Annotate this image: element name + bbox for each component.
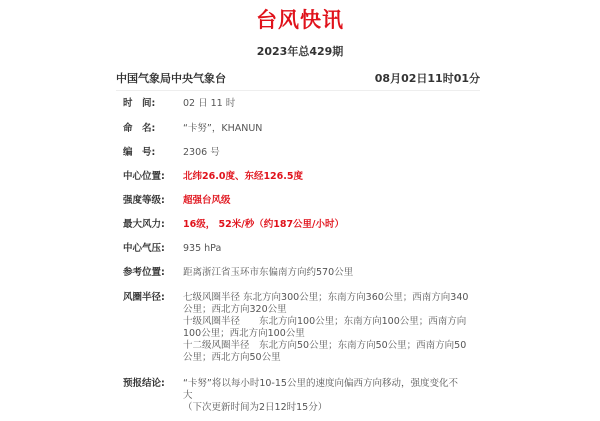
field-value: 2306 号 — [183, 147, 473, 159]
field-label: 编 号: — [123, 147, 183, 159]
bulletin-title: 台风快讯 — [0, 4, 600, 34]
wind-radius-line: 七级风圈半径 东北方向300公里；东南方向360公里；西南方向340 — [183, 292, 473, 304]
bulletin-header: 中国气象局中央气象台 08月02日11时01分 — [116, 70, 480, 91]
field-label: 最大风力: — [123, 219, 183, 231]
wind-radius-line: 公里；西北方向320公里 — [183, 304, 473, 316]
typhoon-bulletin: 台风快讯 2023年总429期 中国气象局中央气象台 08月02日11时01分 … — [0, 0, 600, 421]
wind-radius-line: 十级风圈半径 东北方向100公里；东南方向100公里；西南方向 — [183, 316, 473, 328]
field-value: “卡努”，KHANUN — [183, 123, 473, 135]
field-value: “卡努”将以每小时10-15公里的速度向偏西方向移动，强度变化不 大 （下次更新… — [183, 378, 473, 414]
field-value: 16级， 52米/秒（约187公里/小时） — [183, 219, 473, 231]
field-value: 超强台风级 — [183, 195, 473, 207]
field-label: 强度等级: — [123, 195, 183, 207]
field-label: 参考位置: — [123, 267, 183, 279]
field-label: 中心位置: — [123, 171, 183, 183]
wind-radius-line: 十二级风圈半径 东北方向50公里；东南方向50公里；西南方向50 — [183, 340, 473, 352]
forecast-line: “卡努”将以每小时10-15公里的速度向偏西方向移动，强度变化不 — [183, 378, 473, 390]
field-label: 时 间: — [123, 98, 183, 110]
issue-number: 2023年总429期 — [0, 43, 600, 59]
field-label: 命 名: — [123, 123, 183, 135]
forecast-line: 大 — [183, 390, 473, 402]
agency-name: 中国气象局中央气象台 — [116, 70, 226, 86]
forecast-line: （下次更新时间为2日12时15分） — [183, 402, 473, 414]
field-value: 935 hPa — [183, 243, 473, 255]
field-label: 风圈半径: — [123, 292, 183, 304]
field-label: 预报结论: — [123, 378, 183, 390]
wind-radius-line: 公里；西北方向50公里 — [183, 352, 473, 364]
wind-radius-line: 100公里；西北方向100公里 — [183, 328, 473, 340]
field-label: 中心气压: — [123, 243, 183, 255]
field-value: 北纬26.0度、东经126.5度 — [183, 171, 473, 183]
field-value: 距离浙江省玉环市东偏南方向约570公里 — [183, 267, 473, 279]
issue-timestamp: 08月02日11时01分 — [375, 70, 480, 86]
field-value: 02 日 11 时 — [183, 98, 473, 110]
field-value: 七级风圈半径 东北方向300公里；东南方向360公里；西南方向340 公里；西北… — [183, 292, 473, 364]
